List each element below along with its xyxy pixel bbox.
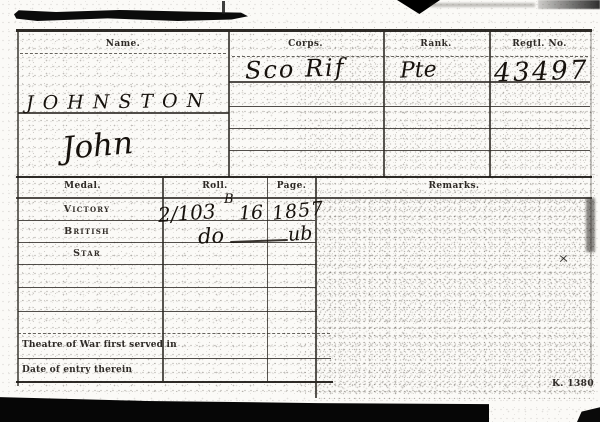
card-top-border <box>16 29 592 32</box>
rule-line-v <box>383 30 385 177</box>
roll-entry-superscript: B <box>224 193 234 206</box>
medal-column-header: Medal. <box>10 181 155 191</box>
rule-line-h <box>18 242 316 243</box>
medal-table-top-border <box>16 176 592 178</box>
rule-line-h <box>18 264 316 265</box>
name-column-header: Name. <box>18 39 228 49</box>
rank-handwriting: Pte <box>400 59 437 82</box>
top-right-corner-smudge <box>538 0 600 9</box>
rule-line-h <box>18 358 331 359</box>
rule-line-h <box>18 287 316 288</box>
regtl-no-column-header: Regtl. No. <box>489 39 590 49</box>
rank-column-header: Rank. <box>383 39 489 49</box>
page-column-header: Page. <box>268 181 315 191</box>
surname-handwriting: JOHNSTON <box>26 92 213 114</box>
bottom-right-blob <box>577 406 600 422</box>
forename-handwriting: John <box>61 128 134 165</box>
ink-speck-mark <box>559 254 569 264</box>
rule-line-v <box>228 30 230 177</box>
rule-line-v <box>489 30 491 177</box>
form-reference-number: K. 1380 <box>540 379 594 389</box>
rule-line-h <box>229 150 590 151</box>
date-of-entry-label: Date of entry therein <box>22 365 172 375</box>
theatre-of-war-label: Theatre of War first served in <box>22 340 172 350</box>
rule-line-h <box>229 128 590 129</box>
page-entry-handwriting: 1857 <box>271 199 325 223</box>
corps-column-header: Corps. <box>228 39 383 49</box>
roll-column-header: Roll. <box>163 181 267 191</box>
page-ditto-handwriting: ub <box>287 224 313 245</box>
scanned-medal-index-card: Name. Corps. Rank. Regtl. No. Medal. Rol… <box>0 0 600 422</box>
rule-line-h <box>18 311 317 312</box>
rule-line-h <box>20 53 226 54</box>
rule-line-h <box>18 333 330 334</box>
roll-entry-handwriting: 2/103 <box>157 201 216 225</box>
card-bottom-border <box>16 381 333 383</box>
top-tick-mark <box>222 1 225 14</box>
medal-row-victory: Victory <box>18 204 156 215</box>
remarks-noise <box>317 199 590 399</box>
medal-row-star: Star <box>18 248 156 259</box>
rule-line-v <box>267 177 268 383</box>
bottom-black-bar <box>0 395 489 422</box>
remarks-column-header: Remarks. <box>316 181 592 191</box>
regtl-no-handwriting: 43497 <box>494 57 590 86</box>
roll-ditto-handwriting: do <box>197 225 224 247</box>
top-streak-smudge <box>430 3 535 7</box>
roll-entry-number: 16 <box>239 203 264 223</box>
rule-line-h <box>229 106 590 107</box>
top-ink-smudge <box>14 9 248 21</box>
right-edge-smudge <box>586 198 595 252</box>
medal-row-british: British <box>18 226 156 237</box>
corps-handwriting: Sco Rif <box>245 55 346 82</box>
